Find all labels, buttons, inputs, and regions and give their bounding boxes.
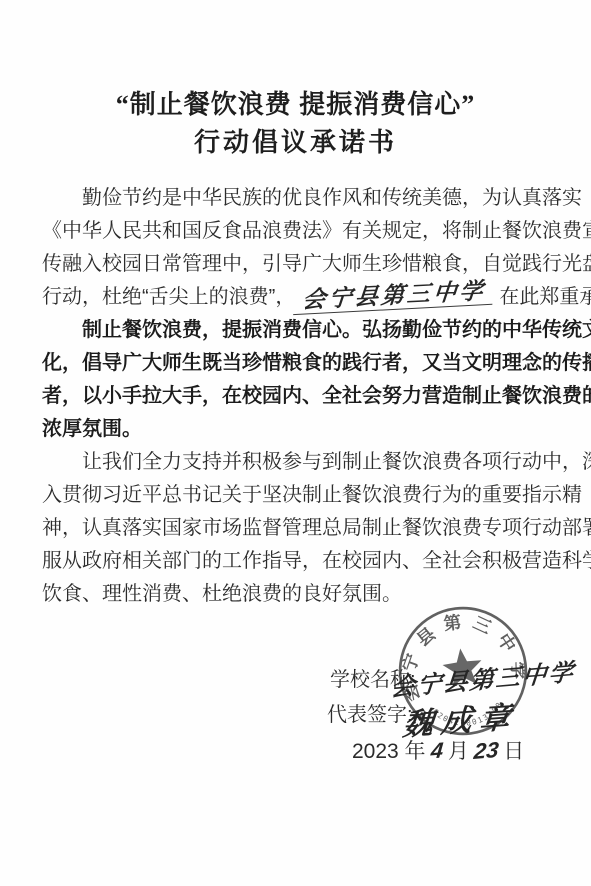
document-body: 勤俭节约是中华民族的优良作风和传统美德，为认真落实 《中华人民共和国反食品浪费法… — [42, 182, 554, 611]
paragraph2-line: 制止餐饮浪费，提振消费信心。弘扬勤俭节约的中华传统文 — [42, 314, 554, 347]
handwritten-school-name-inline: 会宁县第三中学 — [293, 276, 495, 315]
document-page: “制止餐饮浪费 提振消费信心” 行动倡议承诺书 勤俭节约是中华民族的优良作风和传… — [0, 0, 591, 886]
paragraph3-line: 神，认真落实国家市场监督管理总局制止餐饮浪费专项行动部署， — [42, 512, 554, 545]
paragraph1-line: 勤俭节约是中华民族的优良作风和传统美德，为认真落实 — [42, 182, 554, 215]
line-text-after-blank: 在此郑重承诺： — [499, 281, 591, 314]
paragraph2-line: 者，以小手拉大手，在校园内、全社会努力营造制止餐饮浪费的 — [42, 380, 554, 413]
paragraph3-line: 让我们全力支持并积极参与到制止餐饮浪费各项行动中，深 — [42, 446, 554, 479]
date-day-unit: 日 — [503, 737, 524, 767]
date-year: 2023 年 — [352, 737, 426, 767]
paragraph1-line-with-blank: 行动，杜绝“舌尖上的浪费”， 会宁县第三中学 在此郑重承诺： — [42, 281, 554, 314]
paragraph3-line: 入贯彻习近平总书记关于坚决制止餐饮浪费行为的重要指示精 — [42, 479, 554, 512]
document-title-line2: 行动倡议承诺书 — [0, 122, 591, 159]
line-text-before-blank: 行动，杜绝“舌尖上的浪费”， — [42, 281, 295, 314]
date-line: 2023 年 4 月 23 日 — [352, 736, 524, 767]
date-month-unit: 月 — [448, 737, 469, 767]
document-title-line1: “制止餐饮浪费 提振消费信心” — [0, 84, 591, 121]
paragraph2-line: 化，倡导广大师生既当珍惜粮食的践行者，又当文明理念的传播 — [42, 347, 554, 380]
paragraph1-line: 《中华人民共和国反食品浪费法》有关规定，将制止餐饮浪费宣 — [42, 215, 554, 248]
handwritten-month: 4 — [429, 736, 444, 767]
handwritten-day: 23 — [472, 735, 499, 767]
paragraph3-line: 服从政府相关部门的工作指导，在校园内、全社会积极营造科学 — [42, 545, 554, 578]
paragraph2-line: 浓厚氛围。 — [42, 413, 554, 446]
